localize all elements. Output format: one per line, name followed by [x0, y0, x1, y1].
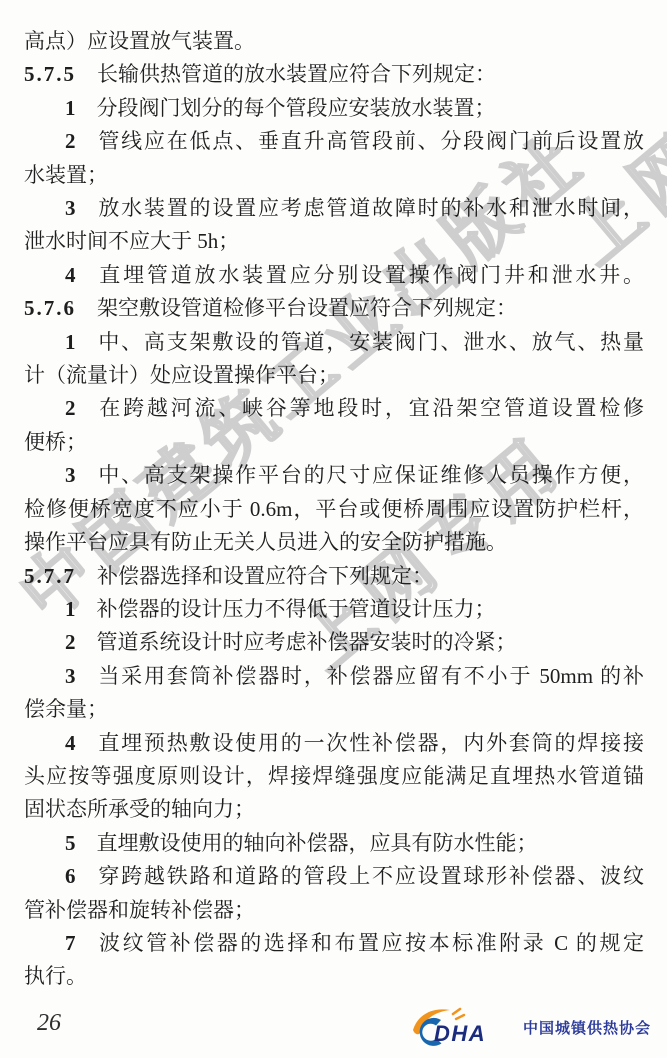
line-text: 水装置； [24, 163, 108, 187]
item-number: 3 [65, 463, 76, 487]
item-number: 2 [65, 396, 76, 420]
text-line: 1中、高支架敷设的管道，安装阀门、泄水、放气、热量 [24, 326, 644, 359]
line-text: 穿跨越铁路和道路的管段上不应设置球形补偿器、波纹 [97, 864, 645, 888]
item-number: 2 [65, 630, 76, 654]
line-text: 计（流量计）处应设置操作平台； [24, 363, 339, 387]
line-text: 分段阀门划分的每个管段应安装放水装置； [97, 96, 496, 120]
item-number: 3 [65, 664, 76, 688]
text-line: 5.7.6架空敷设管道检修平台设置应符合下列规定： [24, 292, 644, 325]
line-text: 直埋管道放水装置应分别设置操作阀门井和泄水井。 [97, 263, 645, 287]
line-text: 在跨越河流、峡谷等地段时，宜沿架空管道设置检修 [97, 396, 645, 420]
logo-swoosh-dash1-icon [453, 1009, 460, 1014]
text-line: 水装置； [24, 159, 644, 192]
item-number: 6 [65, 864, 76, 888]
text-line: 计（流量计）处应设置操作平台； [24, 359, 644, 392]
text-line: 5.7.7补偿器选择和设置应符合下列规定： [24, 560, 644, 593]
text-line: 2管线应在低点、垂直升高管段前、分段阀门前后设置放 [24, 125, 644, 158]
line-text: 泄水时间不应大于 5h； [24, 229, 239, 253]
line-text: 直埋预热敷设使用的一次性补偿器，内外套筒的焊接接 [97, 731, 645, 755]
text-line: 泄水时间不应大于 5h； [24, 225, 644, 258]
text-line: 便桥； [24, 426, 644, 459]
text-line: 3放水装置的设置应考虑管道故障时的补水和泄水时间， [24, 192, 644, 225]
text-line: 5直埋敷设使用的轴向补偿器，应具有防水性能； [24, 827, 644, 860]
text-line: 2管道系统设计时应考虑补偿器安装时的冷紧； [24, 626, 644, 659]
text-line: 4直埋预热敷设使用的一次性补偿器，内外套筒的焊接接 [24, 727, 644, 760]
text-line: 管补偿器和旋转补偿器； [24, 894, 644, 927]
line-text: 架空敷设管道检修平台设置应符合下列规定： [97, 296, 517, 320]
line-text: 高点）应设置放气装置。 [24, 29, 255, 53]
document-page: 中国建筑工业出版社 上网专用 上网专用 高点）应设置放气装置。5.7.5长输供热… [0, 0, 667, 1058]
text-line: 5.7.5长输供热管道的放水装置应符合下列规定： [24, 58, 644, 91]
clause-number: 5.7.7 [24, 564, 76, 588]
line-text: 中、高支架敷设的管道，安装阀门、泄水、放气、热量 [97, 330, 645, 354]
dha-logo: DHA 中国城镇供热协会 [410, 1005, 651, 1049]
item-number: 1 [65, 597, 76, 621]
line-text: 执行。 [24, 964, 87, 988]
line-text: 固状态所承受的轴向力； [24, 797, 255, 821]
text-line: 高点）应设置放气装置。 [24, 25, 644, 58]
line-text: 偿余量； [24, 697, 108, 721]
line-text: 管线应在低点、垂直升高管段前、分段阀门前后设置放 [97, 129, 645, 153]
line-text: 管补偿器和旋转补偿器； [24, 898, 255, 922]
line-text: 当采用套筒补偿器时，补偿器应留有不小于 50mm 的补 [97, 664, 645, 688]
text-line: 1分段阀门划分的每个管段应安装放水装置； [24, 92, 644, 125]
item-number: 4 [65, 731, 76, 755]
line-text: 操作平台应具有防止无关人员进入的安全防护措施。 [24, 530, 507, 554]
text-line: 3中、高支架操作平台的尺寸应保证维修人员操作方便， [24, 459, 644, 492]
text-line: 4直埋管道放水装置应分别设置操作阀门井和泄水井。 [24, 259, 644, 292]
item-number: 1 [65, 96, 76, 120]
page-number: 26 [37, 1010, 61, 1037]
text-line: 执行。 [24, 960, 644, 993]
line-text: 补偿器的设计压力不得低于管道设计压力； [97, 597, 496, 621]
line-text: 波纹管补偿器的选择和布置应按本标准附录 C 的规定 [97, 931, 645, 955]
clause-number: 5.7.6 [24, 296, 76, 320]
line-text: 长输供热管道的放水装置应符合下列规定： [97, 62, 496, 86]
line-text: 便桥； [24, 430, 87, 454]
text-line: 7波纹管补偿器的选择和布置应按本标准附录 C 的规定 [24, 927, 644, 960]
item-number: 5 [65, 831, 76, 855]
text-line: 3当采用套筒补偿器时，补偿器应留有不小于 50mm 的补 [24, 660, 644, 693]
clause-number: 5.7.5 [24, 62, 76, 86]
text-line: 操作平台应具有防止无关人员进入的安全防护措施。 [24, 526, 644, 559]
logo-dha-text: DHA [434, 1021, 486, 1046]
text-line: 2在跨越河流、峡谷等地段时，宜沿架空管道设置检修 [24, 392, 644, 425]
text-line: 检修便桥宽度不应小于 0.6m，平台或便桥周围应设置防护栏杆， [24, 493, 644, 526]
line-text: 补偿器选择和设置应符合下列规定： [97, 564, 433, 588]
item-number: 2 [65, 129, 76, 153]
item-number: 7 [65, 931, 76, 955]
logo-swoosh-dash2-icon [456, 1015, 464, 1019]
line-text: 头应按等强度原则设计，焊接焊缝强度应能满足直埋热水管道锚 [24, 764, 644, 788]
text-line: 偿余量； [24, 693, 644, 726]
text-line: 6穿跨越铁路和道路的管段上不应设置球形补偿器、波纹 [24, 860, 644, 893]
line-text: 检修便桥宽度不应小于 0.6m，平台或便桥周围应设置防护栏杆， [24, 497, 644, 521]
item-number: 3 [65, 196, 76, 220]
item-number: 4 [65, 263, 76, 287]
text-line: 头应按等强度原则设计，焊接焊缝强度应能满足直埋热水管道锚 [24, 760, 644, 793]
logo-org-name: 中国城镇供热协会 [523, 1017, 651, 1038]
text-block: 高点）应设置放气装置。5.7.5长输供热管道的放水装置应符合下列规定：1分段阀门… [24, 25, 644, 994]
item-number: 1 [65, 330, 76, 354]
line-text: 放水装置的设置应考虑管道故障时的补水和泄水时间， [97, 196, 645, 220]
line-text: 中、高支架操作平台的尺寸应保证维修人员操作方便， [97, 463, 645, 487]
text-line: 固状态所承受的轴向力； [24, 793, 644, 826]
text-line: 1补偿器的设计压力不得低于管道设计压力； [24, 593, 644, 626]
dha-logo-mark: DHA [410, 1005, 516, 1049]
line-text: 直埋敷设使用的轴向补偿器，应具有防水性能； [97, 831, 538, 855]
line-text: 管道系统设计时应考虑补偿器安装时的冷紧； [97, 630, 517, 654]
